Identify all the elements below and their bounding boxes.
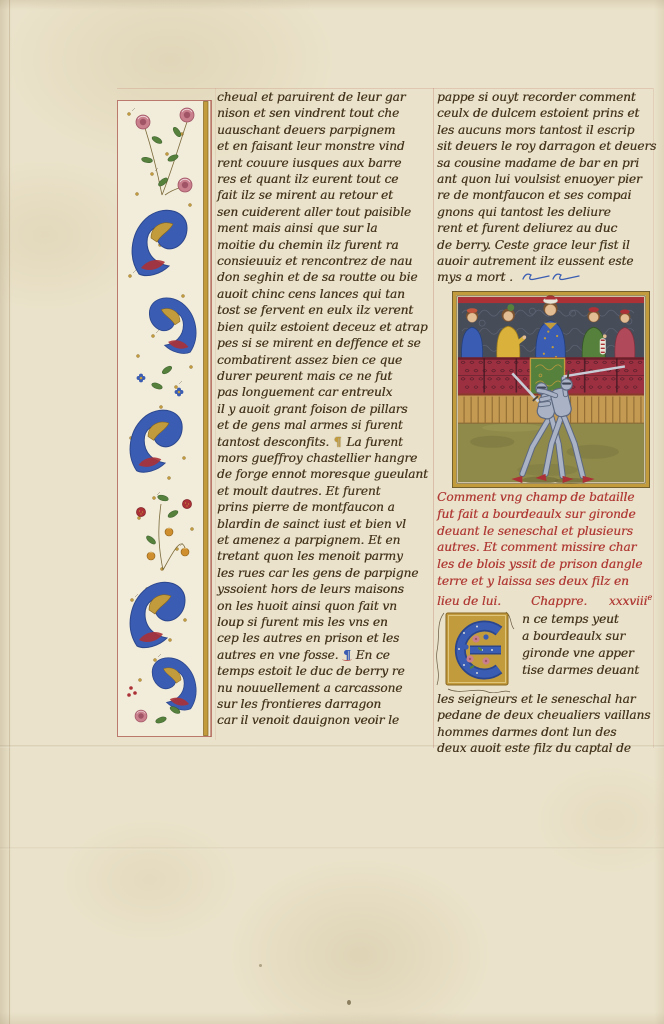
text-line: combatirent assez bien ce que xyxy=(217,352,432,368)
text-run: cheual et paruirent de leur gar xyxy=(217,90,405,104)
text-run: tost se fervent en eulx ilz verent xyxy=(217,303,413,317)
orange-cap xyxy=(467,308,478,313)
text-run: uauschant deuers parpignem xyxy=(217,123,395,137)
pilcrow-gold: ¶ xyxy=(333,435,343,449)
text-line: autres en vne fosse. ¶ En ce xyxy=(217,647,432,663)
text-run: nu nouuellement a carcassone xyxy=(217,681,402,695)
text-line: cep les autres en prison et les xyxy=(217,630,432,646)
left-text-column: cheual et paruirent de leur garnison et … xyxy=(217,89,432,729)
text-run: autres. Et comment missire char xyxy=(437,540,636,554)
text-line: rent couure iusques aux barre xyxy=(217,155,432,171)
text-line: re de montfaucon et ses compai xyxy=(437,187,653,203)
text-run: ceulx de dulcem estoient prins et xyxy=(437,106,639,120)
text-line: de berry. Ceste grace leur fist il xyxy=(437,237,653,253)
red-white-hat xyxy=(545,295,556,300)
text-line: pes si se mirent en deffence et se xyxy=(217,335,432,351)
text-run: cep les autres en prison et les xyxy=(217,631,399,645)
text-run: sen cuiderent aller tout paisible xyxy=(217,205,411,219)
text-run: don seghin et de sa routte ou bie xyxy=(217,270,417,284)
text-line: gironde vne apper xyxy=(522,645,653,662)
text-line: terre et y laissa ses deux filz en xyxy=(437,573,652,590)
text-line: sa cousine madame de bar en pri xyxy=(437,155,653,171)
text-run: et en faisant leur monstre vind xyxy=(217,139,405,153)
parchment-crease xyxy=(0,847,664,850)
rubric-lines: Comment vng champ de bataillefut fait a … xyxy=(437,489,652,590)
duel-miniature xyxy=(452,291,650,488)
text-line: de forge ennot moresque gueulant xyxy=(217,466,432,482)
text-run: moitie du chemin ilz furent ra xyxy=(217,238,398,252)
text-run: deux auoit este filz du captal de xyxy=(437,741,631,755)
line-filler-flourish xyxy=(519,270,583,286)
chapter-line: lieu de lui. Chappre. xxxviiie xyxy=(437,590,652,607)
text-run: blardin de sainct iust et bien vl xyxy=(217,517,406,531)
text-line: fut fait a bourdeaulx sur gironde xyxy=(437,506,652,523)
text-run: et amenez a parpignem. Et en xyxy=(217,533,400,547)
text-run: pedane de deux cheualiers vaillans xyxy=(437,708,650,722)
manuscript-page: cheual et paruirent de leur garnison et … xyxy=(0,0,664,1024)
text-run: on les huoit ainsi quon fait vn xyxy=(217,599,397,613)
text-line: tretant quon les menoit parmy xyxy=(217,548,432,564)
text-run: de berry. Ceste grace leur fist il xyxy=(437,238,630,252)
ruling-line xyxy=(653,88,654,748)
floral-border xyxy=(117,100,212,737)
text-line: hommes darmes dont lun des xyxy=(437,724,653,740)
pointing-hand xyxy=(523,335,527,339)
text-run: sit deuers le roy darragon et deuers xyxy=(437,139,656,153)
ruling-line xyxy=(215,88,216,740)
text-line: blardin de sainct iust et bien vl xyxy=(217,516,432,532)
chapter-number: xxxviiie xyxy=(609,590,652,610)
text-run: rent et furent deliurez au duc xyxy=(437,221,617,235)
ruling-line xyxy=(433,88,434,748)
text-line: ant quon lui voulsist enuoyer pier xyxy=(437,171,653,187)
text-run: La furent xyxy=(343,435,403,449)
text-line: tantost desconfits. ¶ La furent xyxy=(217,434,432,450)
text-run: Comment vng champ de bataille xyxy=(437,490,634,504)
text-line: nison et sen vindrent tout che xyxy=(217,105,432,121)
text-run: consieuuiz et rencontrez de nau xyxy=(217,254,412,268)
green-cap xyxy=(507,304,514,311)
text-line: tise darmes deuant xyxy=(522,662,653,679)
text-line: les seigneurs et le seneschal har xyxy=(437,691,653,707)
text-line: consieuuiz et rencontrez de nau xyxy=(217,253,432,269)
text-run: tantost desconfits. xyxy=(217,435,333,449)
text-line: pappe si ouyt recorder comment xyxy=(437,89,653,105)
text-run: fait ilz se mirent au retour et xyxy=(217,188,393,202)
text-run: yssoient hors de leurs maisons xyxy=(217,582,404,596)
text-line: a bourdeaulx sur xyxy=(522,628,653,645)
text-run: tise darmes deuant xyxy=(522,663,639,677)
text-run: les de blois yssit de prison dangle xyxy=(437,557,642,571)
text-line: fait ilz se mirent au retour et xyxy=(217,187,432,203)
text-line: et amenez a parpignem. Et en xyxy=(217,532,432,548)
right-text-column-bottom: les seigneurs et le seneschal harpedane … xyxy=(437,691,653,757)
text-line: ment mais ainsi que sur la xyxy=(217,220,432,236)
text-run: n ce temps yeut xyxy=(522,612,619,626)
text-run: car il venoit dauignon veoir le xyxy=(217,713,399,727)
text-line: yssoient hors de leurs maisons xyxy=(217,581,432,597)
text-line: et de gens mal armes si furent xyxy=(217,417,432,433)
text-line: prins pierre de montfaucon a xyxy=(217,499,432,515)
text-line: loup si furent mis les vns en xyxy=(217,614,432,630)
text-line: sen cuiderent aller tout paisible xyxy=(217,204,432,220)
chapter-left-text: lieu de lui. xyxy=(437,593,501,610)
text-run: pappe si ouyt recorder comment xyxy=(437,90,636,104)
text-run: mors gueffroy chastellier hangre xyxy=(217,451,417,465)
text-line: uauschant deuers parpignem xyxy=(217,122,432,138)
text-line: gnons qui tantost les deliure xyxy=(437,204,653,220)
page-edge xyxy=(9,0,10,1024)
text-run: les rues car les gens de parpigne xyxy=(217,566,418,580)
text-run: rent couure iusques aux barre xyxy=(217,156,401,170)
illuminated-initial-E xyxy=(436,609,516,693)
text-line: res et quant ilz eurent tout ce xyxy=(217,171,432,187)
text-line: tost se fervent en eulx ilz verent xyxy=(217,302,432,318)
text-run: res et quant ilz eurent tout ce xyxy=(217,172,398,186)
text-run: ment mais ainsi que sur la xyxy=(217,221,377,235)
text-line: auoit chinc cens lances qui tan xyxy=(217,286,432,302)
text-line: car il venoit dauignon veoir le xyxy=(217,712,432,728)
text-run: pas longuement car entreulx xyxy=(217,385,392,399)
text-line: moitie du chemin ilz furent ra xyxy=(217,237,432,253)
text-run: les seigneurs et le seneschal har xyxy=(437,692,635,706)
text-run: terre et y laissa ses deux filz en xyxy=(437,574,629,588)
chapter-label: Chappre. xyxy=(531,593,587,610)
text-run: gironde vne apper xyxy=(522,646,634,660)
text-run: auoir autrement ilz eussent este xyxy=(437,254,633,268)
text-run: mys a mort . xyxy=(437,270,513,284)
text-run: En ce xyxy=(352,648,390,662)
text-line: mors gueffroy chastellier hangre xyxy=(217,450,432,466)
text-run: deuant le seneschal et plusieurs xyxy=(437,524,633,538)
text-run: durer peurent mais ce ne fut xyxy=(217,369,392,383)
ink-speck xyxy=(259,964,262,967)
text-line: les rues car les gens de parpigne xyxy=(217,565,432,581)
text-run: hommes darmes dont lun des xyxy=(437,725,616,739)
text-line: et en faisant leur monstre vind xyxy=(217,138,432,154)
text-line: auoir autrement ilz eussent este xyxy=(437,253,653,269)
red-cap xyxy=(620,310,630,314)
rubric: Comment vng champ de bataillefut fait a … xyxy=(437,489,652,607)
text-line: deux auoit este filz du captal de xyxy=(437,740,653,756)
text-line: autres. Et comment missire char xyxy=(437,539,652,556)
text-run: de forge ennot moresque gueulant xyxy=(217,467,428,481)
text-line: temps estoit le duc de berry re xyxy=(217,663,432,679)
text-run: fut fait a bourdeaulx sur gironde xyxy=(437,507,636,521)
ink-speck xyxy=(347,1000,351,1005)
text-run: a bourdeaulx sur xyxy=(522,629,625,643)
red-cap xyxy=(588,307,598,312)
text-line: ceulx de dulcem estoient prins et xyxy=(437,105,653,121)
text-run: gnons qui tantost les deliure xyxy=(437,205,611,219)
text-line: les de blois yssit de prison dangle xyxy=(437,556,652,573)
text-run: autres en vne fosse. xyxy=(217,648,342,662)
text-run: temps estoit le duc de berry re xyxy=(217,664,405,678)
text-line: il y auoit grant foison de pillars xyxy=(217,401,432,417)
text-run: sur les frontieres darragon xyxy=(217,697,381,711)
text-run: re de montfaucon et ses compai xyxy=(437,188,631,202)
text-line: et moult dautres. Et furent xyxy=(217,483,432,499)
text-line: sur les frontieres darragon xyxy=(217,696,432,712)
text-beside-initial: n ce temps yeuta bourdeaulx surgironde v… xyxy=(522,611,653,679)
text-run: sa cousine madame de bar en pri xyxy=(437,156,639,170)
text-line: Comment vng champ de bataille xyxy=(437,489,652,506)
text-run: ant quon lui voulsist enuoyer pier xyxy=(437,172,642,186)
text-run: les aucuns mors tantost il escrip xyxy=(437,123,634,137)
text-line: mys a mort . xyxy=(437,269,653,285)
text-run: et de gens mal armes si furent xyxy=(217,418,403,432)
text-line: on les huoit ainsi quon fait vn xyxy=(217,598,432,614)
text-run: prins pierre de montfaucon a xyxy=(217,500,395,514)
text-line: pas longuement car entreulx xyxy=(217,384,432,400)
text-run: combatirent assez bien ce que xyxy=(217,353,402,367)
text-line: pedane de deux cheualiers vaillans xyxy=(437,707,653,723)
pilcrow-blue: ¶ xyxy=(342,648,352,662)
text-line: rent et furent deliurez au duc xyxy=(437,220,653,236)
text-line: durer peurent mais ce ne fut xyxy=(217,368,432,384)
text-line: nu nouuellement a carcassone xyxy=(217,680,432,696)
text-run: bien quilz estoient deceuz et atrap xyxy=(217,320,428,334)
text-line: les aucuns mors tantost il escrip xyxy=(437,122,653,138)
text-run: et moult dautres. Et furent xyxy=(217,484,380,498)
text-line: cheual et paruirent de leur gar xyxy=(217,89,432,105)
text-run: nison et sen vindrent tout che xyxy=(217,106,399,120)
text-line: sit deuers le roy darragon et deuers xyxy=(437,138,653,154)
text-line: n ce temps yeut xyxy=(522,611,653,628)
right-text-column-top: pappe si ouyt recorder commentceulx de d… xyxy=(437,89,653,286)
text-line: bien quilz estoient deceuz et atrap xyxy=(217,319,432,335)
text-run: auoit chinc cens lances qui tan xyxy=(217,287,405,301)
text-run: pes si se mirent en deffence et se xyxy=(217,336,421,350)
text-line: don seghin et de sa routte ou bie xyxy=(217,269,432,285)
text-run: il y auoit grant foison de pillars xyxy=(217,402,407,416)
text-line: deuant le seneschal et plusieurs xyxy=(437,523,652,540)
text-run: loup si furent mis les vns en xyxy=(217,615,388,629)
text-run: tretant quon les menoit parmy xyxy=(217,549,403,563)
